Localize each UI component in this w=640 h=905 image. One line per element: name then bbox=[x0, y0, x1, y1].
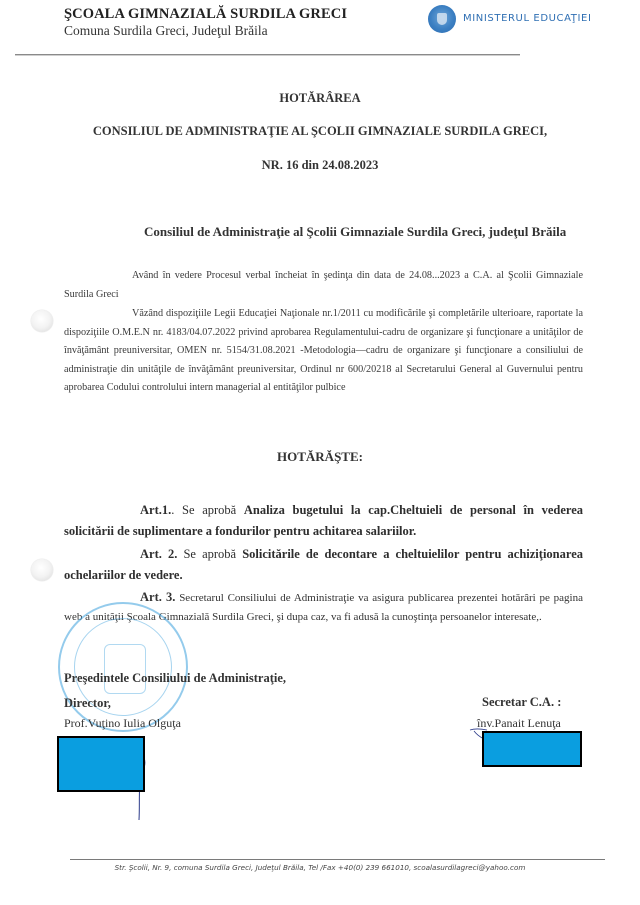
secretary-name: înv.Panait Lenuţa bbox=[477, 716, 561, 731]
article-2: Art. 2. Se aprobă Solicitările de decont… bbox=[64, 544, 583, 586]
secretary-title: Secretar C.A. : bbox=[482, 695, 561, 710]
consideration-paragraph: Având în vedere Procesul verbal încheiat… bbox=[64, 267, 583, 304]
ministry-seal-icon bbox=[428, 5, 456, 33]
redacted-signature-block bbox=[482, 731, 582, 767]
official-stamp-icon bbox=[58, 602, 188, 732]
ministry-name: MINISTERUL EDUCAŢIEI bbox=[463, 13, 592, 24]
director-title: Director, bbox=[64, 696, 111, 711]
director-name: Prof.Vuţino Iulia Olguţa bbox=[64, 716, 181, 731]
council-heading: Consiliul de Administraţie al Şcolii Gim… bbox=[144, 224, 566, 240]
document-subtitle: CONSILIUL DE ADMINISTRAŢIE AL ŞCOLII GIM… bbox=[0, 124, 640, 139]
punch-hole-icon bbox=[31, 559, 53, 581]
school-name: ŞCOALA GIMNAZIALĂ SURDILA GRECI bbox=[64, 6, 347, 23]
footer-divider bbox=[70, 859, 605, 860]
punch-hole-icon bbox=[31, 310, 53, 332]
article-1: Art.1.. Se aprobă Analiza bugetului la c… bbox=[64, 500, 583, 542]
school-commune: Comuna Surdila Greci, Judeţul Brăila bbox=[64, 23, 268, 39]
president-title: Preşedintele Consiliului de Administraţi… bbox=[64, 671, 286, 686]
document-title: HOTĂRÂREA bbox=[0, 91, 640, 106]
footer-address: Str. Şcolii, Nr. 9, comuna Surdila Greci… bbox=[0, 863, 640, 872]
consideration-paragraph: Văzând dispoziţiile Legii Educaţiei Naţi… bbox=[64, 305, 583, 398]
decides-heading: HOTĂRĂŞTE: bbox=[0, 449, 640, 465]
document-number-date: NR. 16 din 24.08.2023 bbox=[0, 158, 640, 173]
redacted-signature-block bbox=[57, 736, 145, 792]
header-divider-shadow bbox=[15, 55, 520, 56]
